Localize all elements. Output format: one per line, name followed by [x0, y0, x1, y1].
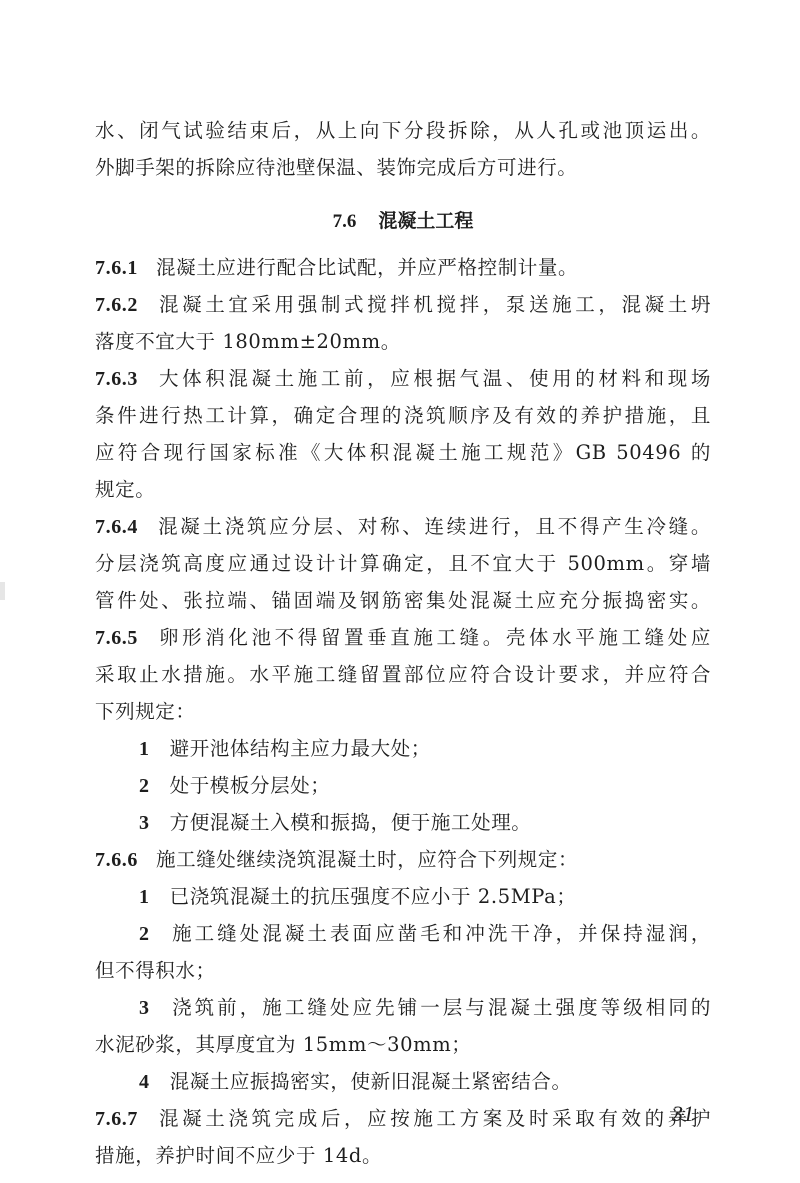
list-item-cont: 水泥砂浆，其厚度宜为 15mm～30mm；	[95, 1026, 711, 1063]
section-heading: 7.6混凝土工程	[95, 206, 711, 237]
section-number: 7.6	[333, 211, 357, 232]
clause-number: 7.6.5	[95, 627, 138, 649]
clause-number: 7.6.1	[95, 257, 138, 279]
clause-7-6-2: 7.6.2混凝土宜采用强制式搅拌机搅拌，泵送施工，混凝土坍	[95, 286, 711, 323]
clause-text: 混凝土应进行配合比试配，并应严格控制计量。	[156, 256, 578, 279]
intro-line-2: 外脚手架的拆除应待池壁保温、装饰完成后方可进行。	[95, 149, 711, 186]
clause-7-6-4-cont-1: 分层浇筑高度应通过设计计算确定，且不宜大于 500mm。穿墙	[95, 545, 711, 582]
item-number: 2	[139, 775, 150, 797]
clause-7-6-5-cont-2: 下列规定：	[95, 693, 711, 730]
clause-7-6-3-cont-3: 规定。	[95, 471, 711, 508]
clause-7-6-3: 7.6.3大体积混凝土施工前，应根据气温、使用的材料和现场	[95, 360, 711, 397]
item-number: 2	[139, 923, 150, 945]
intro-line-1: 水、闭气试验结束后，从上向下分段拆除，从人孔或池顶运出。	[95, 112, 711, 149]
list-item: 1避开池体结构主应力最大处；	[95, 730, 711, 767]
item-text: 已浇筑混凝土的抗压强度不应小于 2.5MPa；	[170, 885, 577, 908]
clause-7-6-3-cont-2: 应符合现行国家标准《大体积混凝土施工规范》GB 50496 的	[95, 434, 711, 471]
item-text: 混凝土应振捣密实，使新旧混凝土紧密结合。	[170, 1070, 572, 1093]
clause-7-6-4-cont-2: 管件处、张拉端、锚固端及钢筋密集处混凝土应充分振捣密实。	[95, 582, 711, 619]
list-item: 2施工缝处混凝土表面应凿毛和冲洗干净，并保持湿润，	[95, 915, 711, 952]
clause-7-6-4: 7.6.4混凝土浇筑应分层、对称、连续进行，且不得产生冷缝。	[95, 508, 711, 545]
item-text: 处于模板分层处；	[170, 774, 331, 797]
list-item: 4混凝土应振捣密实，使新旧混凝土紧密结合。	[95, 1063, 711, 1100]
clause-text: 卵形消化池不得留置垂直施工缝。壳体水平施工缝处应	[156, 626, 711, 649]
clause-7-6-5: 7.6.5卵形消化池不得留置垂直施工缝。壳体水平施工缝处应	[95, 619, 711, 656]
item-number: 1	[139, 886, 150, 908]
clause-text: 施工缝处继续浇筑混凝土时，应符合下列规定：	[156, 848, 578, 871]
clause-number: 7.6.7	[95, 1108, 138, 1130]
clause-7-6-6: 7.6.6施工缝处继续浇筑混凝土时，应符合下列规定：	[95, 841, 711, 878]
item-text: 方便混凝土入模和振捣，便于施工处理。	[170, 811, 532, 834]
item-number: 1	[139, 738, 150, 760]
clause-number: 7.6.2	[95, 294, 138, 316]
clause-7-6-7-cont: 措施，养护时间不应少于 14d。	[95, 1137, 711, 1174]
item-number: 3	[139, 997, 150, 1019]
clause-7-6-3-cont-1: 条件进行热工计算，确定合理的浇筑顺序及有效的养护措施，且	[95, 397, 711, 434]
item-text: 施工缝处混凝土表面应凿毛和冲洗干净，并保持湿润，	[170, 922, 711, 945]
list-item-cont: 但不得积水；	[95, 952, 711, 989]
scan-artifact	[0, 582, 5, 600]
clause-text: 混凝土宜采用强制式搅拌机搅拌，泵送施工，混凝土坍	[156, 293, 711, 316]
item-text: 浇筑前，施工缝处应先铺一层与混凝土强度等级相同的	[170, 996, 711, 1019]
page-number: 31	[672, 1101, 694, 1127]
item-text: 避开池体结构主应力最大处；	[170, 737, 431, 760]
list-item: 3方便混凝土入模和振捣，便于施工处理。	[95, 804, 711, 841]
clause-7-6-1: 7.6.1混凝土应进行配合比试配，并应严格控制计量。	[95, 249, 711, 286]
clause-7-6-2-cont: 落度不宜大于 180mm±20mm。	[95, 323, 711, 360]
list-item: 3浇筑前，施工缝处应先铺一层与混凝土强度等级相同的	[95, 989, 711, 1026]
section-title: 混凝土工程	[378, 210, 473, 232]
clause-number: 7.6.3	[95, 368, 138, 390]
clause-text: 大体积混凝土施工前，应根据气温、使用的材料和现场	[156, 367, 711, 390]
clause-number: 7.6.4	[95, 516, 138, 538]
clause-number: 7.6.6	[95, 849, 138, 871]
clause-text: 混凝土浇筑完成后，应按施工方案及时采取有效的养护	[156, 1107, 711, 1130]
list-item: 1已浇筑混凝土的抗压强度不应小于 2.5MPa；	[95, 878, 711, 915]
list-item: 2处于模板分层处；	[95, 767, 711, 804]
document-page: 水、闭气试验结束后，从上向下分段拆除，从人孔或池顶运出。 外脚手架的拆除应待池壁…	[95, 112, 711, 1174]
clause-7-6-7: 7.6.7混凝土浇筑完成后，应按施工方案及时采取有效的养护	[95, 1100, 711, 1137]
clause-text: 混凝土浇筑应分层、对称、连续进行，且不得产生冷缝。	[156, 515, 711, 538]
item-number: 3	[139, 812, 150, 834]
item-number: 4	[139, 1071, 150, 1093]
clause-7-6-5-cont-1: 采取止水措施。水平施工缝留置部位应符合设计要求，并应符合	[95, 656, 711, 693]
